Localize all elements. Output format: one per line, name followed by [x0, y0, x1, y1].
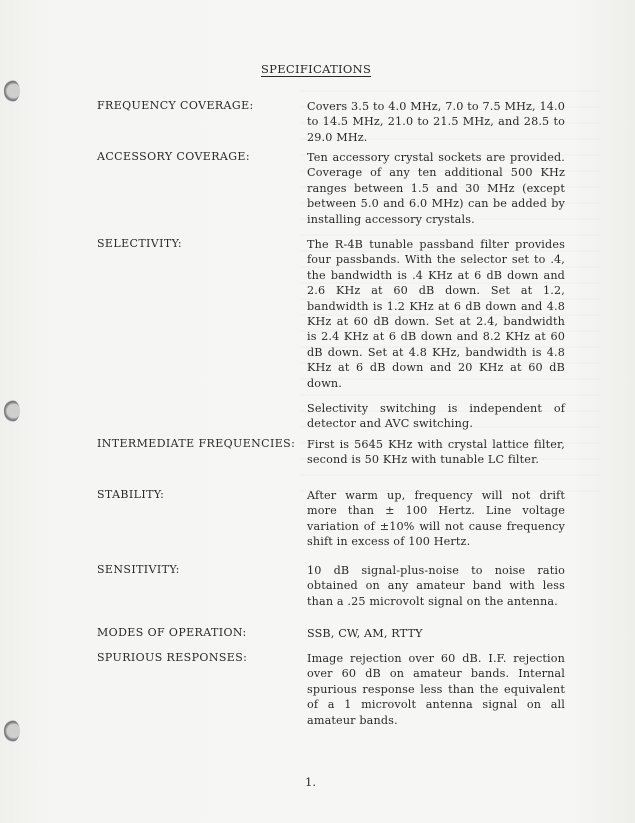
spec-value: 10 dB signal-plus-noise to noise ratio o…: [307, 563, 565, 609]
spec-label: SENSITIVITY:: [97, 563, 180, 576]
spec-paragraph: Image rejection over 60 dB. I.F. rejecti…: [307, 651, 565, 728]
spec-label: INTERMEDIATE FREQUENCIES:: [97, 437, 295, 450]
spec-value: Covers 3.5 to 4.0 MHz, 7.0 to 7.5 MHz, 1…: [307, 99, 565, 145]
spec-paragraph: SSB, CW, AM, RTTY: [307, 626, 565, 641]
spec-label: ACCESSORY COVERAGE:: [97, 150, 250, 163]
spec-value: Ten accessory crystal sockets are provid…: [307, 150, 565, 227]
binder-hole-bottom: [4, 720, 20, 742]
spec-value: The R-4B tunable passband filter provide…: [307, 237, 565, 432]
spec-value: First is 5645 KHz with crystal lattice f…: [307, 437, 565, 468]
spec-paragraph: Ten accessory crystal sockets are provid…: [307, 150, 565, 227]
binder-hole-middle: [4, 400, 20, 422]
page-number: 1.: [305, 775, 316, 789]
spec-paragraph: Selectivity switching is independent of …: [307, 401, 565, 432]
spec-value: Image rejection over 60 dB. I.F. rejecti…: [307, 651, 565, 728]
page-title: SPECIFICATIONS: [261, 62, 371, 76]
spec-paragraph: First is 5645 KHz with crystal lattice f…: [307, 437, 565, 468]
spec-paragraph: Covers 3.5 to 4.0 MHz, 7.0 to 7.5 MHz, 1…: [307, 99, 565, 145]
spec-paragraph: After warm up, frequency will not drift …: [307, 488, 565, 550]
spec-label: SPURIOUS RESPONSES:: [97, 651, 247, 664]
spec-paragraph: 10 dB signal-plus-noise to noise ratio o…: [307, 563, 565, 609]
spec-paragraph: The R-4B tunable passband filter provide…: [307, 237, 565, 391]
spec-value: SSB, CW, AM, RTTY: [307, 626, 565, 641]
document-page: SPECIFICATIONS FREQUENCY COVERAGE: Cover…: [0, 0, 635, 823]
spec-label: MODES OF OPERATION:: [97, 626, 247, 639]
spec-value: After warm up, frequency will not drift …: [307, 488, 565, 550]
binder-hole-top: [4, 80, 20, 102]
spec-label: SELECTIVITY:: [97, 237, 182, 250]
spec-label: FREQUENCY COVERAGE:: [97, 99, 254, 112]
spec-label: STABILITY:: [97, 488, 164, 501]
